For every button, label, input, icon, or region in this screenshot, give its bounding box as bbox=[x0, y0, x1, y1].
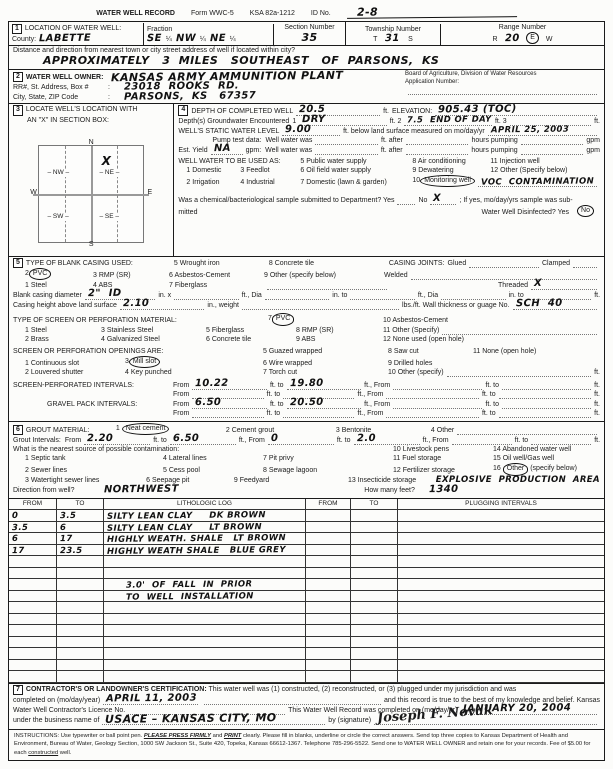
option-public-water-supply: 5 Public water supply bbox=[300, 157, 412, 166]
distance-direction: Distance and direction from nearest town… bbox=[9, 45, 604, 69]
litho-to bbox=[57, 648, 104, 660]
plug-to bbox=[351, 648, 398, 660]
threaded-x-value: X bbox=[534, 279, 542, 289]
form-number: Form WWC-5 bbox=[191, 9, 234, 18]
litho-from bbox=[9, 660, 57, 672]
static-water-level-value: 9.00 bbox=[285, 125, 311, 135]
option-septic-tank: 1 Septic tank bbox=[13, 454, 163, 463]
plug-desc bbox=[398, 671, 604, 683]
plug-to bbox=[351, 614, 398, 626]
plug-to bbox=[351, 660, 398, 672]
mill-slot-circled: Mill slot bbox=[129, 356, 160, 368]
ft-dia-label: ft., Dia bbox=[242, 291, 262, 300]
option-screen-pvc-selected: 7PVC bbox=[268, 313, 383, 325]
ft-to-label: ft. to bbox=[267, 409, 281, 418]
ft-label: ft. bbox=[383, 107, 389, 116]
ft-after-label: ft. after bbox=[381, 136, 403, 145]
litho-desc bbox=[104, 625, 306, 637]
gpm-colon-label: gpm: bbox=[246, 146, 262, 155]
other-contam-number: 16 bbox=[493, 465, 501, 472]
option-none-open-hole: 11 None (open hole) bbox=[473, 347, 600, 356]
sample-question-mitted: mitted bbox=[178, 208, 197, 217]
option-guazed-wrapped: 5 Guazed wrapped bbox=[263, 347, 388, 356]
casing-diameter-value: 2" ID bbox=[88, 289, 122, 299]
litho-to: 23.5 bbox=[57, 545, 104, 557]
litho-to bbox=[57, 660, 104, 672]
section-1-location: 1 LOCATION OF WATER WELL: County: LABETT… bbox=[9, 22, 604, 45]
option-screen-asbestos-cement: 10 Asbestos-Cement bbox=[383, 316, 600, 325]
ft-to-label: ft. to bbox=[482, 409, 496, 418]
quadrant-nw-label: – NW – bbox=[46, 169, 70, 177]
option-galvanized-steel: 4 Galvanized Steel bbox=[101, 335, 206, 344]
section-3-title-2: AN "X" IN SECTION BOX: bbox=[13, 116, 169, 125]
litho-from bbox=[9, 602, 57, 614]
how-many-feet-label: How many feet? bbox=[364, 486, 415, 495]
compass-south-label: S bbox=[27, 240, 155, 249]
clamped-label: Clamped bbox=[542, 259, 570, 268]
plug-from bbox=[306, 648, 351, 660]
quadrant-ne-label: – NE – bbox=[98, 169, 120, 177]
city-label: City, State, ZIP Code bbox=[13, 93, 108, 102]
plug-desc bbox=[398, 660, 604, 672]
county-cell: 1 LOCATION OF WATER WELL: County: LABETT… bbox=[9, 23, 144, 45]
litho-desc bbox=[104, 568, 306, 580]
ft-label: ft. bbox=[594, 436, 600, 445]
plug-from bbox=[306, 545, 351, 557]
plug-from bbox=[306, 671, 351, 683]
plug-to bbox=[351, 625, 398, 637]
ft-label: ft. bbox=[594, 291, 600, 300]
section-number-cell: Section Number 35 bbox=[274, 22, 346, 45]
section-3-locate: 3 LOCATE WELL'S LOCATION WITH AN "X" IN … bbox=[9, 104, 174, 256]
ft-to-label: ft. to bbox=[267, 390, 281, 399]
option-louvered-shutter: 2 Louvered shutter bbox=[13, 368, 125, 377]
grout-from-1: 2.20 bbox=[87, 434, 113, 444]
litho-to bbox=[57, 637, 104, 649]
quarter-mark: ¼ bbox=[166, 35, 172, 44]
ft-to-label: ft. to bbox=[153, 436, 167, 445]
range-w: W bbox=[546, 35, 553, 44]
option-cement-grout: 2 Cement grout bbox=[226, 426, 336, 435]
from-label: From bbox=[173, 409, 189, 418]
option-neat-cement-selected: 1 Neat cement bbox=[116, 423, 226, 435]
township-t: T bbox=[373, 35, 377, 44]
range-east-circled: E bbox=[526, 32, 539, 44]
disinfected-no-circled: No bbox=[577, 205, 594, 217]
option-fuel-storage: 11 Fuel storage bbox=[393, 454, 493, 463]
compass-horizontal-line bbox=[33, 194, 149, 196]
ft-from-label: ft., From bbox=[364, 400, 390, 409]
option-rmp-sr: 3 RMP (SR) bbox=[93, 271, 169, 280]
section-1-title: LOCATION OF WATER WELL: bbox=[25, 24, 121, 33]
hours-pumping-label: hours pumping bbox=[471, 136, 517, 145]
ft-from-label: ft., From bbox=[423, 436, 449, 445]
gpi-to-value: 20.50 bbox=[290, 398, 324, 408]
plug-from bbox=[306, 556, 351, 568]
completed-on-value: APRIL 11, 2003 bbox=[106, 694, 197, 705]
contamination-other-value: EXPLOSIVE PRODUCTION AREA bbox=[436, 475, 600, 485]
col-header-from-2: FROM bbox=[306, 499, 351, 511]
address-label: RR#, St. Address, Box # bbox=[13, 83, 108, 92]
litho-to: 17 bbox=[57, 533, 104, 545]
plug-from bbox=[306, 510, 351, 522]
col-header-to-2: TO bbox=[351, 499, 398, 511]
option-brass: 2 Brass bbox=[13, 335, 101, 344]
option-continuous-slot: 1 Continuous slot bbox=[13, 359, 125, 368]
spi-from-value: 10.22 bbox=[195, 379, 229, 389]
plug-desc bbox=[398, 522, 604, 534]
plug-desc bbox=[398, 568, 604, 580]
section-3-title-1: LOCATE WELL'S LOCATION WITH bbox=[26, 105, 138, 114]
option-steel: 1 Steel bbox=[13, 281, 93, 290]
option-industrial: 4 Industrial bbox=[240, 178, 300, 187]
litho-from bbox=[9, 637, 57, 649]
option-other-specify: 12 Other (Specify below) bbox=[490, 166, 600, 175]
plug-to bbox=[351, 637, 398, 649]
option-cess-pool: 5 Cess pool bbox=[163, 466, 263, 475]
distance-value: APPROXIMATELY 3 MILES SOUTHEAST OF PARSO… bbox=[43, 54, 439, 67]
fraction-1-value: SE bbox=[147, 34, 162, 44]
water-well-record-scan: WATER WELL RECORD Form WWC-5 KSA 82a-121… bbox=[0, 0, 613, 769]
form-ksa: KSA 82a-1212 bbox=[250, 9, 295, 18]
casing-joints-label: CASING JOINTS: bbox=[389, 259, 445, 268]
plug-to bbox=[351, 556, 398, 568]
plug-from bbox=[306, 533, 351, 545]
section-5-number: 5 bbox=[13, 258, 23, 268]
est-yield-value: NA bbox=[214, 144, 231, 154]
option-grout-other: 4 Other bbox=[431, 426, 454, 435]
plug-from bbox=[306, 660, 351, 672]
ft-to-label: ft. to bbox=[270, 400, 284, 409]
plug-desc bbox=[398, 510, 604, 522]
option-screen-other: 11 Other (Specify) bbox=[383, 326, 439, 335]
litho-from bbox=[9, 648, 57, 660]
blank-casing-diameter-label: Blank casing diameter bbox=[13, 291, 82, 300]
neat-cement-circled: Neat cement bbox=[122, 423, 170, 435]
screen-material-title: TYPE OF SCREEN OR PERFORATION MATERIAL: bbox=[13, 316, 268, 325]
from-label: From bbox=[173, 390, 189, 399]
plug-from bbox=[306, 568, 351, 580]
litho-note: 3.0' OF FALL IN PRIOR bbox=[104, 579, 306, 591]
neat-cement-number: 1 bbox=[116, 425, 120, 432]
ft-label: ft. bbox=[594, 409, 600, 418]
plug-desc bbox=[398, 533, 604, 545]
litho-from: 6 bbox=[9, 533, 57, 545]
litho-from bbox=[9, 591, 57, 603]
threaded-label: Threaded bbox=[498, 281, 528, 290]
litho-from: 17 bbox=[9, 545, 57, 557]
plug-to bbox=[351, 591, 398, 603]
city-value: PARSONS, KS 67357 bbox=[124, 92, 256, 103]
from-label: From bbox=[173, 381, 189, 390]
plug-desc bbox=[398, 637, 604, 649]
option-feedyard: 9 Feedyard bbox=[234, 476, 348, 485]
plug-desc bbox=[398, 614, 604, 626]
section-4-well-data: 4 DEPTH OF COMPLETED WELL 20.5 ft. ELEVA… bbox=[174, 104, 604, 218]
use-other-value: VOC CONTAMINATION bbox=[481, 177, 594, 187]
litho-from bbox=[9, 568, 57, 580]
quarter-mark: ¼ bbox=[230, 35, 236, 44]
well-location-x-mark: X bbox=[102, 155, 112, 167]
static-water-level-label: WELL'S STATIC WATER LEVEL bbox=[178, 127, 279, 136]
grout-to-2: 2.0 bbox=[356, 434, 375, 444]
section-4-number: 4 bbox=[178, 105, 188, 115]
ft-to-label: ft. to bbox=[337, 436, 351, 445]
use-label: WELL WATER TO BE USED AS: bbox=[178, 157, 300, 166]
plug-to bbox=[351, 545, 398, 557]
option-mill-slot-selected: 3Mill slot bbox=[125, 356, 263, 368]
option-openings-other: 10 Other (specify) bbox=[388, 368, 444, 377]
section-2-number: 2 bbox=[13, 72, 23, 82]
direction-from-well-value: NORTHWEST bbox=[104, 484, 179, 495]
section-7-certification: 7 CONTRACTOR'S OR LANDOWNER'S CERTIFICAT… bbox=[9, 683, 604, 729]
township-s: S bbox=[408, 35, 413, 44]
in-to-label: in. to bbox=[332, 291, 347, 300]
col-header-from: FROM bbox=[9, 499, 57, 511]
distance-label: Distance and direction from nearest town… bbox=[13, 47, 600, 54]
option-none-used-open-hole: 12 None used (open hole) bbox=[383, 335, 600, 344]
litho-to bbox=[57, 556, 104, 568]
fraction-3-value: NE bbox=[210, 34, 226, 44]
fraction-label: Fraction bbox=[147, 25, 270, 34]
option-screen-concrete-tile: 6 Concrete tile bbox=[206, 335, 296, 344]
option-dewatering: 9 Dewatering bbox=[412, 166, 490, 175]
gravel-pack-intervals-label: GRAVEL PACK INTERVALS: bbox=[13, 400, 173, 409]
ft-label: ft. bbox=[594, 400, 600, 409]
litho-desc bbox=[104, 637, 306, 649]
option-injection-well: 11 Injection well bbox=[490, 157, 600, 166]
compass-dashed-line bbox=[65, 146, 66, 242]
depth-completed-label: DEPTH OF COMPLETED WELL bbox=[191, 107, 293, 116]
lithologic-log-table: FROM TO LITHOLOGIC LOG FROM TO PLUGGING … bbox=[9, 498, 604, 683]
option-stainless-steel: 3 Stainless Steel bbox=[101, 326, 206, 335]
option-saw-cut: 8 Saw cut bbox=[388, 347, 473, 356]
compass-dashed-line bbox=[117, 146, 118, 242]
plug-from bbox=[306, 602, 351, 614]
plug-from bbox=[306, 625, 351, 637]
litho-to bbox=[57, 625, 104, 637]
litho-to bbox=[57, 602, 104, 614]
litho-to bbox=[57, 568, 104, 580]
ft-from-label: ft., From bbox=[239, 436, 265, 445]
from-label: From bbox=[65, 436, 81, 445]
option-lateral-lines: 4 Lateral lines bbox=[163, 454, 263, 463]
litho-desc bbox=[104, 614, 306, 626]
gpm-label: gpm bbox=[586, 136, 600, 145]
col-header-lithologic-log: LITHOLOGIC LOG bbox=[104, 499, 306, 511]
plug-desc bbox=[398, 556, 604, 568]
county-value: LABETTE bbox=[39, 34, 91, 45]
section-box-diagram: N W E – NW – – NE – – SW – – SE – X bbox=[27, 136, 155, 252]
certification-title: CONTRACTOR'S OR LANDOWNER'S CERTIFICATIO… bbox=[26, 686, 207, 693]
litho-to: 6 bbox=[57, 522, 104, 534]
litho-desc bbox=[104, 671, 306, 683]
option-screen-steel: 1 Steel bbox=[13, 326, 101, 335]
grout-from-2: 0 bbox=[271, 434, 278, 444]
litho-to: 3.5 bbox=[57, 510, 104, 522]
gw2-label: ft. 2 bbox=[390, 117, 402, 126]
fraction-2-value: NW bbox=[176, 34, 196, 44]
option-abandoned-water-well: 14 Abandoned water well bbox=[493, 445, 600, 454]
hours-pumping-label: hours pumping bbox=[471, 146, 517, 155]
plug-desc bbox=[398, 648, 604, 660]
litho-from bbox=[9, 579, 57, 591]
ft-from-label: ft., From bbox=[357, 409, 383, 418]
section-3-4-row: 3 LOCATE WELL'S LOCATION WITH AN "X" IN … bbox=[9, 103, 604, 256]
from-label: From bbox=[173, 400, 189, 409]
option-oil-field-water-supply: 6 Oil field water supply bbox=[300, 166, 412, 175]
glued-label: Glued bbox=[448, 259, 467, 268]
casing-height-label: Casing height above land surface bbox=[13, 301, 117, 310]
groundwater-2-value: 7.5 END OF DAY bbox=[407, 116, 492, 125]
option-livestock-pens: 10 Livestock pens bbox=[393, 445, 493, 454]
plug-to bbox=[351, 671, 398, 683]
range-label: Range Number bbox=[444, 23, 601, 32]
section-number-value: 35 bbox=[301, 31, 317, 44]
how-many-feet-value: 1340 bbox=[429, 485, 459, 495]
ft-to-label: ft. to bbox=[515, 436, 529, 445]
plug-from bbox=[306, 614, 351, 626]
owner-label: WATER WELL OWNER: bbox=[26, 73, 104, 82]
business-name-label: under the business name of bbox=[13, 716, 99, 725]
litho-desc: SILTY LEAN CLAY LT BROWN bbox=[104, 522, 306, 534]
litho-from: 0 bbox=[9, 510, 57, 522]
swl-mid-label: ft. below land surface measured on mo/da… bbox=[343, 127, 485, 136]
sample-question-tail: ; If yes, mo/day/yrs sample was sub- bbox=[459, 196, 572, 205]
plug-desc bbox=[398, 545, 604, 557]
litho-desc: HIGHLY WEATH. SHALE LT BROWN bbox=[104, 533, 306, 545]
range-r: R bbox=[492, 35, 497, 44]
litho-desc: HIGHLY WEATH SHALE BLUE GREY bbox=[104, 545, 306, 557]
pvc-circled: PVC bbox=[29, 268, 51, 280]
section-7-number: 7 bbox=[13, 685, 23, 695]
litho-desc bbox=[104, 660, 306, 672]
plug-desc bbox=[398, 591, 604, 603]
option-wire-wrapped: 6 Wire wrapped bbox=[263, 359, 388, 368]
plug-from bbox=[306, 637, 351, 649]
col-header-to: TO bbox=[57, 499, 104, 511]
screen-pvc-circled: PVC bbox=[272, 313, 294, 325]
plug-to bbox=[351, 579, 398, 591]
signature-label: by (signature) bbox=[328, 716, 371, 725]
township-cell: Township Number T 31 S bbox=[346, 24, 441, 45]
option-insecticide-storage: 13 Insecticide storage bbox=[348, 476, 436, 485]
option-domestic: 1 Domestic bbox=[178, 166, 240, 175]
option-sewer-lines: 2 Sewer lines bbox=[13, 466, 163, 475]
sample-no-x: X bbox=[433, 194, 441, 204]
plug-to bbox=[351, 568, 398, 580]
option-air-conditioning: 8 Air conditioning bbox=[412, 157, 490, 166]
instructions-text: INSTRUCTIONS: Use typewriter or ball poi… bbox=[14, 733, 590, 756]
in-x-label: in. x bbox=[158, 291, 171, 300]
option-feedlot: 3 Feedlot bbox=[240, 166, 300, 175]
completed-on-label: completed on (mo/day/year) bbox=[13, 696, 100, 705]
ft-after-label: ft. after bbox=[381, 146, 403, 155]
range-cell: Range Number R 20 E W bbox=[441, 22, 604, 45]
certification-line-1: This water well was (1) constructed, (2)… bbox=[209, 686, 517, 693]
welded-label: Welded bbox=[384, 271, 408, 280]
option-pvc-selected: 2PVC bbox=[13, 268, 93, 280]
ft-from-label: ft., From bbox=[364, 381, 390, 390]
litho-desc bbox=[104, 556, 306, 568]
litho-to bbox=[57, 591, 104, 603]
litho-from bbox=[9, 556, 57, 568]
option-domestic-lawn-garden: 7 Domestic (lawn & garden) bbox=[300, 178, 412, 187]
option-fiberglass: 7 Fiberglass bbox=[169, 281, 264, 290]
screen-perforated-intervals-label: SCREEN-PERFORATED INTERVALS: bbox=[13, 381, 173, 390]
gpm-label: gpm bbox=[586, 146, 600, 155]
disinfected-question: Water Well Disinfected? Yes bbox=[482, 208, 570, 217]
business-name-value: USACE – KANSAS CITY, MO bbox=[105, 712, 277, 725]
plug-desc bbox=[398, 602, 604, 614]
section-5-casing: 5 TYPE OF BLANK CASING USED: 5 Wrought i… bbox=[9, 256, 604, 421]
gauge-value: SCH 40 bbox=[515, 299, 562, 309]
ft-to-label: ft. to bbox=[270, 381, 284, 390]
groundwater-label: Depth(s) Groundwater Encountered bbox=[178, 117, 289, 126]
litho-from bbox=[9, 625, 57, 637]
col-header-plugging-intervals: PLUGGING INTERVALS bbox=[398, 499, 604, 511]
litho-desc bbox=[104, 648, 306, 660]
quadrant-se-label: – SE – bbox=[98, 213, 120, 221]
option-oil-well-gas-well: 15 Oil well/Gas well bbox=[493, 454, 600, 463]
section-1-number: 1 bbox=[12, 24, 22, 34]
other-contam-specify: (specify below) bbox=[530, 465, 577, 472]
colon: : bbox=[108, 83, 110, 92]
monitoring-well-circled: Monitoring well bbox=[420, 175, 475, 187]
well-water-was-label: Well water was bbox=[265, 146, 312, 155]
ft-to-label: ft. to bbox=[482, 390, 496, 399]
section-3-number: 3 bbox=[13, 105, 23, 115]
litho-desc: SILTY LEAN CLAY DK BROWN bbox=[104, 510, 306, 522]
well-water-was-label: Well water was bbox=[265, 136, 312, 145]
swl-date-value: APRIL 25, 2003 bbox=[491, 126, 569, 135]
form-header: WATER WELL RECORD Form WWC-5 KSA 82a-121… bbox=[8, 4, 605, 21]
litho-note: TO WELL INSTALLATION bbox=[104, 591, 306, 603]
option-screen-fiberglass: 5 Fiberglass bbox=[206, 326, 296, 335]
form-id-label: ID No. bbox=[311, 9, 331, 18]
litho-to bbox=[57, 671, 104, 683]
litho-desc bbox=[104, 602, 306, 614]
litho-to bbox=[57, 614, 104, 626]
in-weight-label: in., weight bbox=[207, 301, 239, 310]
casing-title: TYPE OF BLANK CASING USED: bbox=[26, 259, 174, 268]
option-irrigation: 2 Irrigation bbox=[178, 178, 240, 187]
casing-height-value: 2.10 bbox=[123, 299, 149, 309]
option-screen-rmp: 8 RMP (SR) bbox=[296, 326, 383, 335]
ft-label: ft. bbox=[594, 381, 600, 390]
plug-desc bbox=[398, 625, 604, 637]
ft-dia-label: ft., Dia bbox=[418, 291, 438, 300]
ft-to-label: ft. to bbox=[485, 381, 499, 390]
sample-question: Was a chemical/bacteriological sample su… bbox=[178, 196, 394, 205]
county-label: County: bbox=[12, 35, 36, 44]
quarter-mark: ¼ bbox=[200, 35, 206, 44]
direction-from-well-label: Direction from well? bbox=[13, 486, 74, 495]
ft-label: ft. bbox=[594, 368, 600, 377]
plug-from bbox=[306, 591, 351, 603]
section-6-grout: 6 GROUT MATERIAL: 1 Neat cement 2 Cement… bbox=[9, 421, 604, 497]
litho-from bbox=[9, 614, 57, 626]
option-key-punched: 4 Key punched bbox=[125, 368, 263, 377]
litho-to bbox=[57, 579, 104, 591]
contamination-question: What is the nearest source of possible c… bbox=[13, 445, 393, 454]
township-value: 31 bbox=[385, 34, 400, 44]
plug-to bbox=[351, 602, 398, 614]
ft-label: ft. bbox=[594, 390, 600, 399]
monitoring-well-number: 10 bbox=[412, 177, 420, 184]
form-title: WATER WELL RECORD bbox=[96, 9, 175, 18]
ft-to-label: ft. to bbox=[485, 400, 499, 409]
